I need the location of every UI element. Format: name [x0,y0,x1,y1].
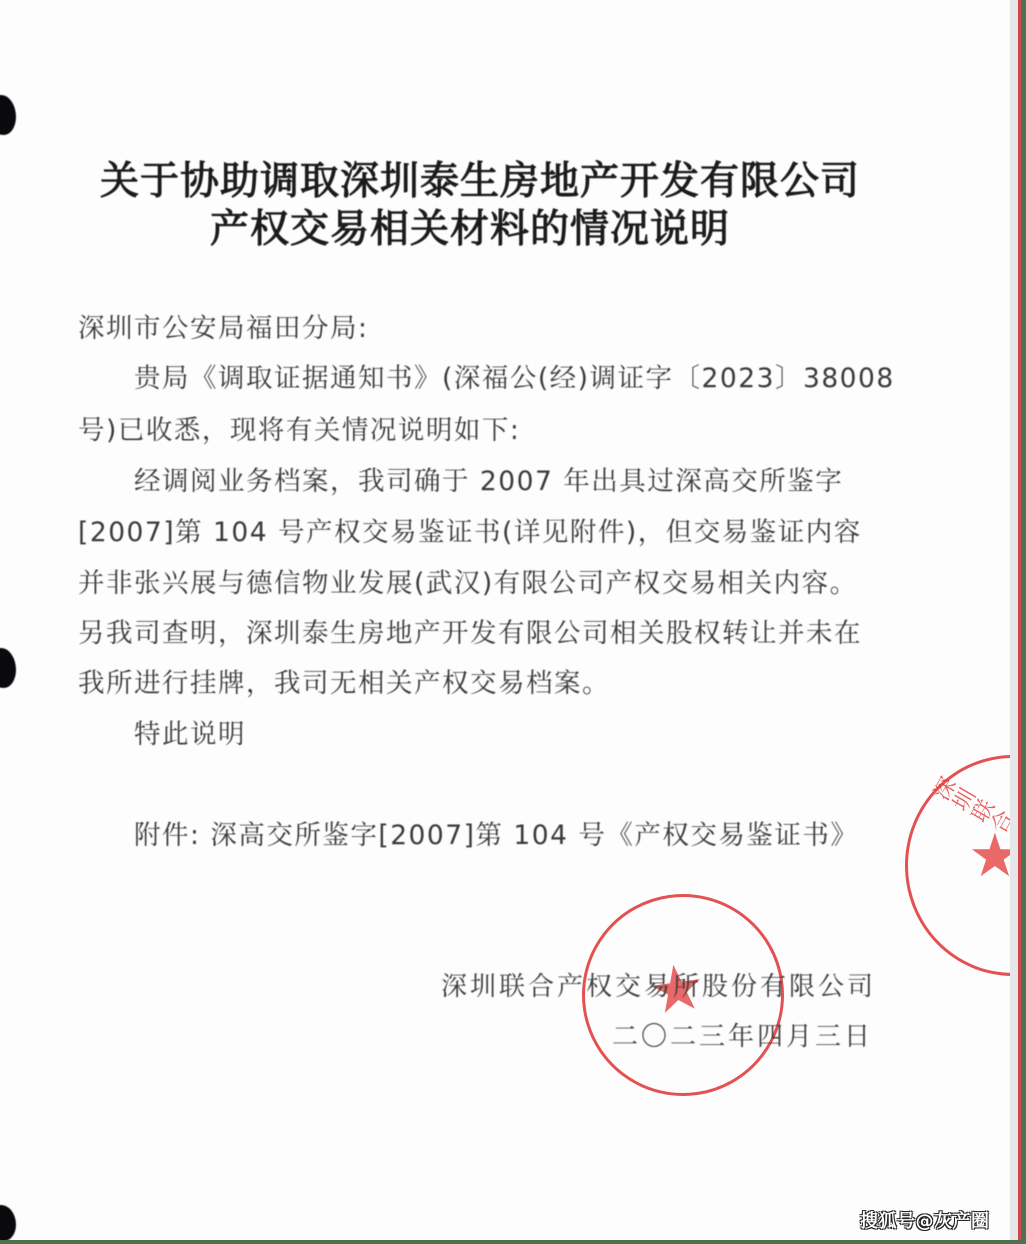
paragraph-2-line-1: 经调阅业务档案，我司确于 2007 年出具过深高交所鉴字 [134,459,843,498]
paragraph-2-line-4: 另我司查明，深圳泰生房地产开发有限公司相关股权转让并未在 [78,611,862,650]
paragraph-1-line-2: 号)已收悉，现将有关情况说明如下: [78,408,520,447]
signatory-company: 深圳联合产权交易所股份有限公司 [441,966,876,1003]
paragraph-2-line-5: 我所进行挂牌，我司无相关产权交易档案。 [78,661,610,700]
background-border-right [1021,0,1026,1244]
source-watermark: 搜狐号@灰产圈 [860,1207,990,1233]
attachment-note: 附件: 深高交所鉴字[2007]第 104 号《产权交易鉴证书》 [134,813,858,852]
background-border-bottom [0,1240,1026,1244]
paragraph-1-line-1: 贵局《调取证据通知书》(深福公(经)调证字〔2023〕38008 [134,356,895,395]
company-seal-partial: ★ 深圳联合产权交 [905,755,1017,976]
signature-date: 二〇二三年四月三日 [612,1016,873,1053]
binder-hole-middle [0,648,16,688]
binder-hole-bottom [0,1205,16,1240]
document-title-line-2: 产权交易相关材料的情况说明 [0,198,990,254]
paragraph-2-line-2: [2007]第 104 号产权交易鉴证书(详见附件)，但交易鉴证内容 [78,510,862,549]
salutation: 深圳市公安局福田分局: [78,306,368,345]
scanned-document-page: 关于协助调取深圳泰生房地产开发有限公司 产权交易相关材料的情况说明 深圳市公安局… [0,0,1017,1240]
page-edge-shadow [1010,0,1018,1240]
paragraph-2-line-3: 并非张兴展与德信物业发展(武汉)有限公司产权交易相关内容。 [78,561,858,600]
binder-hole-top [0,95,16,135]
closing-remark: 特此说明 [134,712,246,751]
